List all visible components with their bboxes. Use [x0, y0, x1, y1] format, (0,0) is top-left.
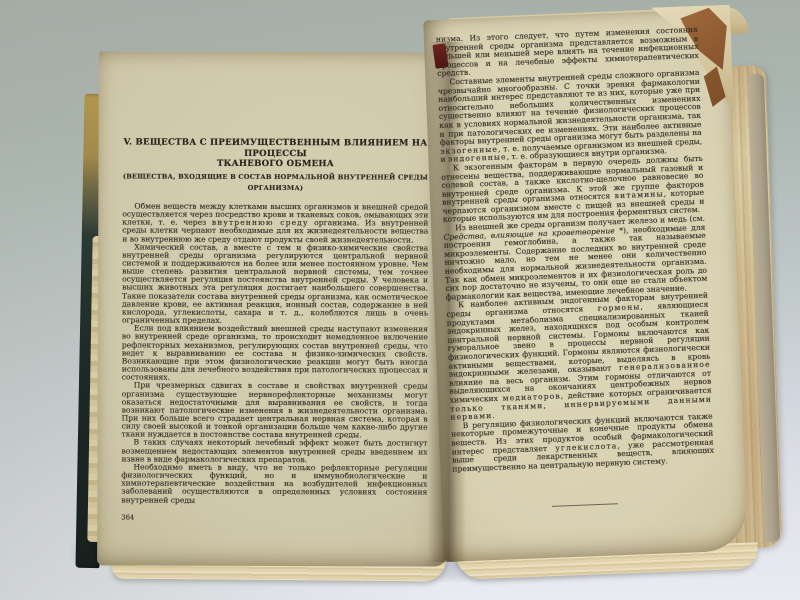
paragraph: В таких случаях некоторый лечебный эффек…	[121, 439, 427, 465]
chapter-heading-line1: V. ВЕЩЕСТВА С ПРЕИМУЩЕСТВЕННЫМ ВЛИЯНИЕМ …	[123, 137, 429, 159]
paragraph: При чрезмерных сдвигах в составе и свойс…	[122, 382, 428, 440]
photo-of-open-book: V. ВЕЩЕСТВА С ПРЕИМУЩЕСТВЕННЫМ ВЛИЯНИЕМ …	[0, 0, 800, 600]
page-number: 364	[121, 513, 427, 522]
paragraph: Необходимо иметь в виду, что не только р…	[121, 463, 427, 505]
paragraph: Если под влиянием воздействий внешней ср…	[122, 325, 428, 383]
right-page-text: низма. Из этого следует, что путем измен…	[436, 26, 716, 511]
paragraph: Химический состав, а вместе с тем и физи…	[122, 243, 428, 326]
paragraph: Из внешней же среды организм получает же…	[443, 215, 708, 302]
paragraph: Обмен веществ между клетками высших орга…	[122, 202, 428, 244]
section-divider-rule	[552, 504, 618, 508]
left-page-text: V. ВЕЩЕСТВА С ПРЕИМУЩЕСТВЕННЫМ ВЛИЯНИЕМ …	[121, 137, 428, 522]
open-book: V. ВЕЩЕСТВА С ПРЕИМУЩЕСТВЕННЫМ ВЛИЯНИЕМ …	[78, 8, 778, 586]
paragraph: Составные элементы внутренней среды слож…	[437, 69, 702, 165]
paragraph: В регуляцию физиологических функций вклю…	[451, 412, 715, 474]
right-page: низма. Из этого следует, что путем измен…	[423, 9, 748, 562]
chapter-subtitle-line1: (ВЕЩЕСТВА, ВХОДЯЩИЕ В СОСТАВ НОРМАЛЬНОЙ …	[122, 172, 428, 181]
left-page: V. ВЕЩЕСТВА С ПРЕИМУЩЕСТВЕННЫМ ВЛИЯНИЕМ …	[97, 51, 451, 566]
right-page-paragraphs: низма. Из этого следует, что путем измен…	[436, 26, 715, 474]
chapter-subtitle-line2: ОРГАНИЗМА)	[122, 183, 428, 192]
paragraph: К наиболее активным эндогенным факторам …	[446, 292, 712, 422]
chapter-heading-line2: ТКАНЕВОГО ОБМЕНА	[122, 158, 428, 170]
left-page-paragraphs: Обмен веществ между клетками высших орга…	[121, 202, 428, 505]
